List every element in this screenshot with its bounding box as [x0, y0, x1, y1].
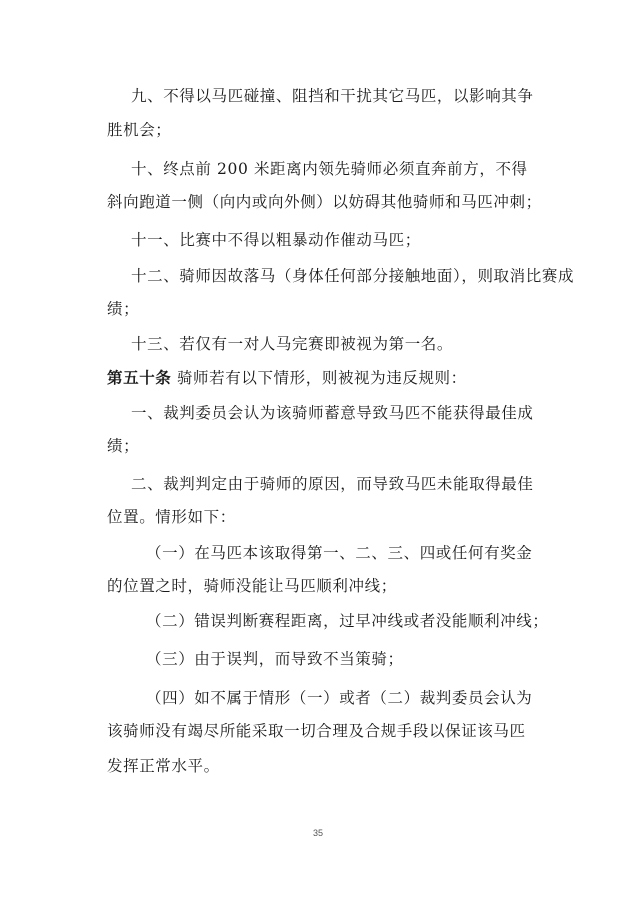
paragraph-line: 二、裁判判定由于骑师的原因，而导致马匹未能取得最佳	[131, 474, 534, 494]
paragraph-line: （二）错误判断赛程距离，过早冲线或者没能顺利冲线；	[146, 611, 549, 631]
paragraph-line: 一、裁判委员会认为该骑师蓄意导致马匹不能获得最佳成	[131, 403, 534, 423]
paragraph-line: 十二、骑师因故落马（身体任何部分接触地面），则取消比赛成	[131, 266, 574, 286]
paragraph-line: （三）由于误判，而导致不当策骑；	[146, 649, 404, 669]
article-intro: 骑师若有以下情形，则被视为违反规则：	[177, 369, 467, 387]
paragraph-line: 十一、比赛中不得以粗暴动作催动马匹；	[131, 230, 421, 250]
paragraph-line: 绩；	[107, 299, 139, 319]
paragraph-line: 绩；	[107, 436, 139, 456]
paragraph-line: 发挥正常水平。	[107, 756, 220, 776]
paragraph-line: 斜向跑道一侧（向内或向外侧）以妨碍其他骑师和马匹冲刺；	[107, 192, 542, 212]
paragraph-line: （一）在马匹本该取得第一、二、三、四或任何有奖金	[146, 543, 532, 563]
paragraph-line: 十三、若仅有一对人马完赛即被视为第一名。	[131, 334, 453, 354]
article-number: 第五十条	[107, 369, 171, 387]
paragraph-line: 位置。情形如下：	[107, 507, 236, 527]
paragraph-line: 的位置之时，骑师没能让马匹顺利冲线；	[107, 576, 397, 596]
paragraph-line: （四）如不属于情形（一）或者（二）裁判委员会认为	[146, 688, 532, 708]
paragraph-line: 胜机会；	[107, 120, 171, 140]
paragraph-line: 十、终点前 200 米距离内领先骑师必须直奔前方，不得	[131, 159, 528, 179]
document-page: 九、不得以马匹碰撞、阻挡和干扰其它马匹，以影响其争 胜机会； 十、终点前 200…	[0, 0, 636, 900]
page-number: 35	[0, 828, 636, 838]
paragraph-line: 该骑师没有竭尽所能采取一切合理及合规手段以保证该马匹	[107, 721, 526, 741]
paragraph-line: 九、不得以马匹碰撞、阻挡和干扰其它马匹，以影响其争	[131, 86, 534, 106]
article-heading-line: 第五十条 骑师若有以下情形，则被视为违反规则：	[107, 368, 467, 388]
